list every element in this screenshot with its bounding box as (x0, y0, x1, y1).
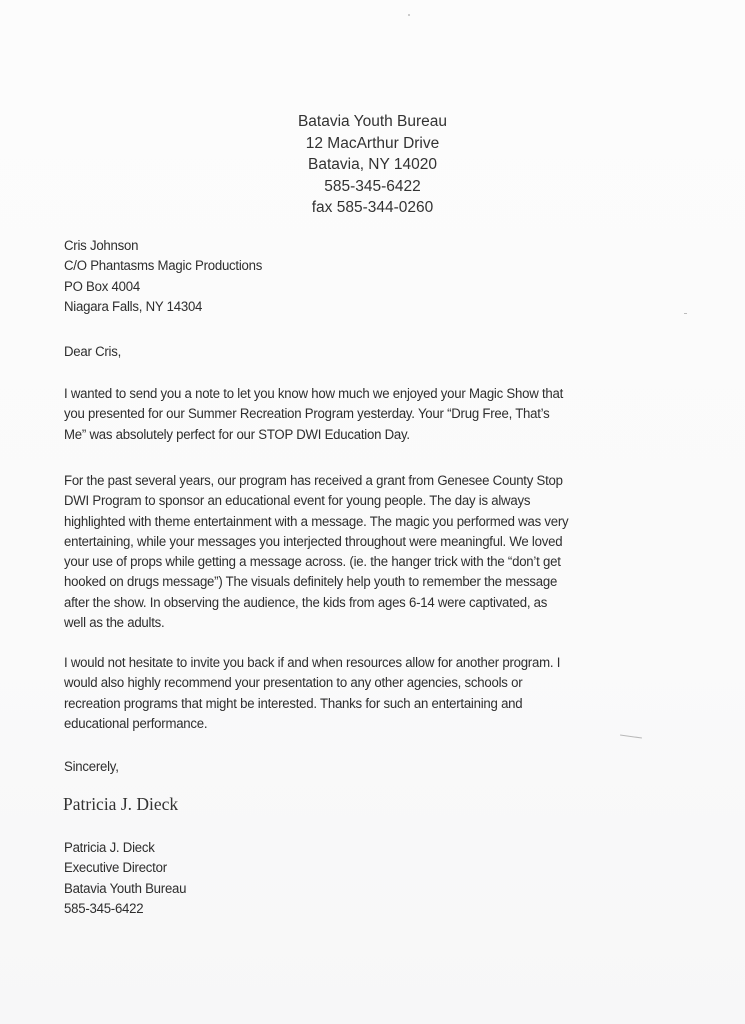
body-paragraph-2: For the past several years, our program … (64, 471, 568, 633)
paragraph-line: recreation programs that might be intere… (64, 694, 560, 714)
closing: Sincerely, (64, 757, 119, 777)
paragraph-line: hooked on drugs message”) The visuals de… (64, 572, 568, 592)
paragraph-line: DWI Program to sponsor an educational ev… (64, 491, 568, 511)
body-paragraph-1: I wanted to send you a note to let you k… (64, 384, 563, 445)
letterhead-street: 12 MacArthur Drive (0, 133, 745, 155)
signer-title: Executive Director (64, 858, 186, 878)
signer-phone: 585-345-6422 (64, 899, 186, 919)
salutation: Dear Cris, (64, 342, 121, 362)
salutation-text: Dear Cris, (64, 342, 121, 362)
recipient-po-box: PO Box 4004 (64, 277, 262, 297)
scan-mark (620, 734, 642, 738)
signature: Patricia J. Dieck (63, 794, 178, 815)
closing-text: Sincerely, (64, 757, 119, 777)
letterhead-organization: Batavia Youth Bureau (0, 111, 745, 133)
signer-name: Patricia J. Dieck (64, 838, 186, 858)
recipient-address: Cris Johnson C/O Phantasms Magic Product… (64, 236, 262, 317)
paragraph-line: For the past several years, our program … (64, 471, 568, 491)
recipient-care-of: C/O Phantasms Magic Productions (64, 256, 262, 276)
signer-block: Patricia J. Dieck Executive Director Bat… (64, 838, 186, 919)
letterhead-city: Batavia, NY 14020 (0, 154, 745, 176)
scan-dot (408, 14, 410, 16)
paragraph-line: I wanted to send you a note to let you k… (64, 384, 563, 404)
paragraph-line: you presented for our Summer Recreation … (64, 404, 563, 424)
letter-page: Batavia Youth Bureau 12 MacArthur Drive … (0, 0, 745, 1024)
paragraph-line: well as the adults. (64, 613, 568, 633)
paragraph-line: Me” was absolutely perfect for our STOP … (64, 425, 563, 445)
body-paragraph-3: I would not hesitate to invite you back … (64, 653, 560, 734)
scan-dot (684, 313, 687, 314)
paragraph-line: I would not hesitate to invite you back … (64, 653, 560, 673)
paragraph-line: after the show. In observing the audienc… (64, 593, 568, 613)
paragraph-line: would also highly recommend your present… (64, 673, 560, 693)
paragraph-line: highlighted with theme entertainment wit… (64, 512, 568, 532)
paragraph-line: entertaining, while your messages you in… (64, 532, 568, 552)
recipient-city: Niagara Falls, NY 14304 (64, 297, 262, 317)
letterhead-phone: 585-345-6422 (0, 176, 745, 198)
letterhead: Batavia Youth Bureau 12 MacArthur Drive … (0, 111, 745, 219)
paragraph-line: your use of props while getting a messag… (64, 552, 568, 572)
paragraph-line: educational performance. (64, 714, 560, 734)
signer-organization: Batavia Youth Bureau (64, 879, 186, 899)
letterhead-fax: fax 585-344-0260 (0, 197, 745, 219)
recipient-name: Cris Johnson (64, 236, 262, 256)
